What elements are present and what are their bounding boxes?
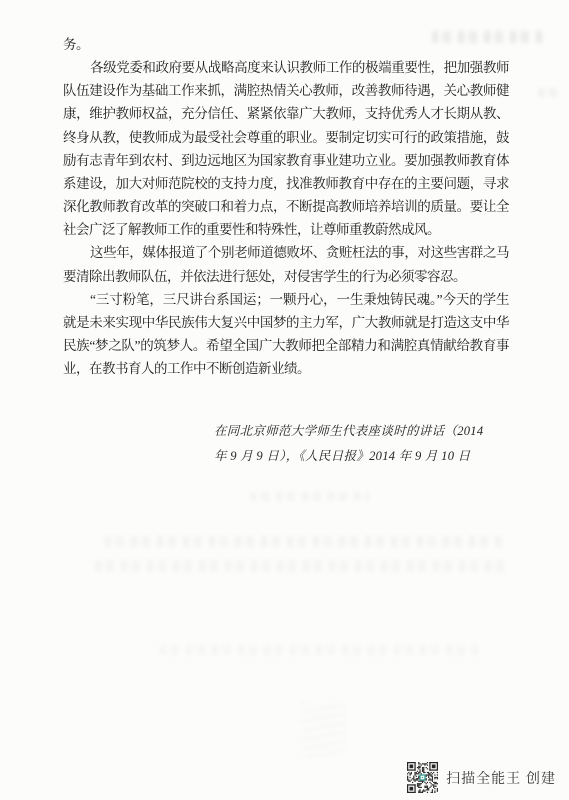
paragraph: “三寸粉笔，三尺讲台系国运；一颗丹心，一生秉烛铸民魂。”今天的学生就是未来实现中… <box>63 288 509 381</box>
bleed-through-smudge <box>105 536 505 547</box>
bleed-through-smudge <box>250 492 370 501</box>
paragraph-continuation: 务。 <box>63 33 509 56</box>
attribution: 在同北京师范大学师生代表座谈时的讲话（2014 年 9 月 9 日），《人民日报… <box>214 419 500 469</box>
bleed-through-smudge <box>538 88 564 97</box>
document-body: 务。 各级党委和政府要从战略高度来认识教师工作的极端重要性，把加强教师队伍建设作… <box>63 33 509 380</box>
bleed-through-smudge <box>160 645 480 655</box>
attribution-line-2: 年 9 月 9 日），《人民日报》2014 年 9 月 10 日 <box>214 444 500 469</box>
bleed-through-smudge <box>95 560 510 572</box>
watermark-label: 扫描全能王 创建 <box>446 768 556 788</box>
paragraph: 各级党委和政府要从战略高度来认识教师工作的极端重要性，把加强教师队伍建设作为基础… <box>63 56 509 241</box>
bleed-through-smudge <box>300 702 345 757</box>
camscanner-watermark: 扫描全能王 创建 <box>407 762 556 793</box>
paragraph: 这些年，媒体报道了个别老师道德败坏、贪赃枉法的事，对这些害群之马要清除出教师队伍… <box>63 241 509 287</box>
attribution-line-1: 在同北京师范大学师生代表座谈时的讲话（2014 <box>214 419 500 444</box>
scanned-page: 务。 各级党委和政府要从战略高度来认识教师工作的极端重要性，把加强教师队伍建设作… <box>0 0 569 800</box>
qr-code-icon <box>407 762 438 793</box>
